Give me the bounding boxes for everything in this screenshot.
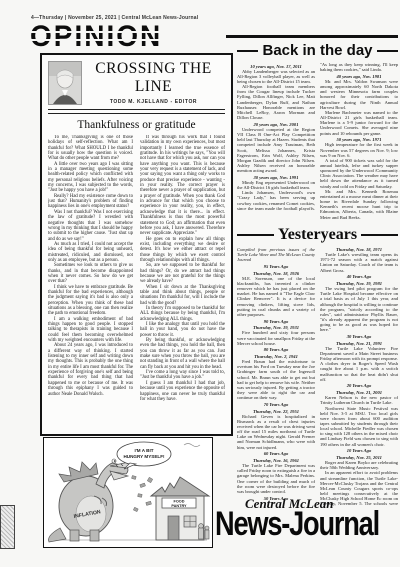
yesteryears-intro: Compiled from previous issues of the Tur… (237, 247, 315, 262)
era-paragraph: Northwest State Music Festival was held … (320, 406, 398, 447)
yesteryears-heading: Yesteryears (278, 226, 357, 244)
article-body: To me, Thanksgiving is one of those holi… (48, 135, 225, 428)
svg-text:I'M A BIT: I'M A BIT (134, 448, 153, 453)
era-header: 95 Years Ago (237, 264, 315, 269)
era-paragraph: Mindy Eng represented Underwood on the A… (237, 180, 315, 190)
svg-text:HUNGRY MYSELF!: HUNGRY MYSELF! (123, 454, 165, 459)
column-title-wrap: CROSSING THE LINE TODD M. KJELLAND - EDI… (82, 60, 225, 105)
article-paragraph: Really? Had my existence come down to ju… (48, 194, 133, 210)
inflation-dinosaur: INFLATION (48, 459, 129, 542)
article-paragraph: I am a walking embodiment of bad things … (48, 317, 133, 344)
debris-bits (132, 476, 153, 512)
article-paragraph: Was I not thankful? Was I not exercising… (48, 210, 133, 242)
era-header: 20 Years Ago (320, 383, 398, 388)
era-paragraph: A total of 900 tickets was sold for the … (320, 158, 398, 189)
article-paragraph: Sometimes we look to others to give us t… (48, 263, 133, 284)
back-in-the-day-heading: Back in the day (262, 42, 372, 59)
heading-rule (377, 50, 398, 52)
masthead-name: News-Journal (215, 505, 379, 544)
article-paragraph: As much as I tried, I could not accept t… (48, 242, 133, 263)
heading-rule (237, 50, 258, 52)
editor-photo (48, 61, 82, 105)
heading-rule (237, 234, 274, 236)
editorial-cartoon: INFLATION I'M A BIT HUNGRY MYSELF! FOOD … (43, 437, 213, 548)
era-paragraph: Roger and Karen Boyko are celebrating th… (320, 460, 398, 470)
era-header: 80 Years Ago (237, 347, 315, 352)
column-byline: TODD M. KJELLAND - EDITOR (82, 99, 225, 105)
article-paragraph: He goes on to explain how all things exi… (140, 237, 225, 264)
era-header: 10 Years Ago (320, 448, 398, 453)
article-paragraph: By being thankful, or acknowledging even… (140, 338, 225, 370)
svg-text:FOOD: FOOD (174, 500, 185, 504)
article-paragraph: So, are we supposed to be thankful for b… (140, 263, 225, 284)
column-title: CROSSING THE LINE (82, 60, 225, 96)
news-journal-masthead: Central McLean News-Journal (215, 496, 399, 560)
era-paragraph: Underwood competed at the Region VII Cla… (237, 127, 315, 173)
stencil-stripe (30, 31, 216, 33)
article-paragraph: I like the analogy that until you hold t… (140, 322, 225, 338)
era-header: 60 Years Ago (237, 451, 315, 456)
era-paragraph: Mr. and Mrs. Valdon Swanson were among a… (320, 79, 398, 110)
era-header: 90 Years Ago (237, 319, 315, 324)
article-paragraph: In theory I'm supposed to be thankful fo… (140, 306, 225, 322)
article-paragraph: I've come a long way since I was told to… (140, 370, 225, 381)
article-paragraph: To me, Thanksgiving is one of those holi… (48, 135, 133, 162)
article-paragraph: When I sit down at the Thanksgiving tabl… (140, 285, 225, 306)
article-paragraph: I guess I am thankful I had that job, be… (140, 381, 225, 402)
yesteryears-heading-row: Yesteryears (237, 226, 398, 244)
era-paragraph: M.E. Sorenson, one of the local blacksmi… (237, 276, 315, 317)
era-paragraph: Karen Nelson is the new pastor of Trinit… (320, 395, 398, 405)
era-header: 70 Years Ago (237, 402, 315, 407)
article-paragraph: A little over two years ago I was sittin… (48, 162, 133, 194)
era-paragraph: Mr. and Mrs. Kenneth Rosenau entertained… (320, 189, 398, 220)
era-header: 30 Years Ago (320, 334, 398, 339)
era-paragraph: The swing bed pilot program for the Turt… (320, 286, 398, 332)
era-paragraph: Richard Geven is hospitalized in Bismarc… (237, 414, 315, 450)
era-paragraph: High temperature for the first week in N… (320, 142, 398, 157)
era-paragraph: All-Region football team members from th… (237, 84, 315, 120)
masthead-rule (226, 35, 398, 38)
article-paragraph: About 24 years ago, I was introduced to … (48, 343, 133, 396)
opinion-title: OPINION (30, 22, 162, 51)
stencil-stripe (30, 39, 216, 41)
artist-signature (184, 444, 200, 447)
era-header: 40 Years Ago (320, 274, 398, 279)
era-paragraph: Five hundred and sixty four persons were… (237, 330, 315, 345)
back-in-the-day-columns: 10 years ago, Nov. 17, 2011 Abby Landenb… (237, 62, 398, 236)
era-paragraph: Marlene Bachmeier was named to the All-D… (320, 110, 398, 136)
article-headline: Thankfulness or gratitude (48, 119, 225, 131)
era-paragraph: The Turtle Lake Fire Department was call… (237, 463, 315, 494)
article-paragraph: I think we have to embrace gratitude. Be… (48, 285, 133, 317)
yesteryears-columns: Compiled from previous issues of the Tur… (237, 247, 398, 507)
back-in-the-day-heading-row: Back in the day (237, 42, 398, 59)
double-rule (48, 109, 225, 114)
column-header: CROSSING THE LINE TODD M. KJELLAND - EDI… (48, 60, 225, 105)
yesteryears-section: Yesteryears Compiled from previous issue… (237, 226, 398, 507)
era-paragraph: Fred Braun had the misfortune to overtur… (237, 359, 315, 400)
era-paragraph: Turtle Lake's wrestling team opens its 1… (320, 252, 398, 273)
cartoon-drawing: INFLATION I'M A BIT HUNGRY MYSELF! FOOD … (44, 438, 211, 546)
crossing-the-line-box: CROSSING THE LINE TODD M. KJELLAND - EDI… (40, 53, 233, 436)
back-in-the-day-section: Back in the day 10 years ago, Nov. 17, 2… (237, 42, 398, 236)
svg-text:PANTRY: PANTRY (171, 504, 187, 508)
era-paragraph: The Turtle Lake Volunteer Fire Departmen… (320, 346, 398, 382)
newspaper-page: { "dateline": "4—Thursday | November 25,… (0, 0, 400, 567)
page-edge-graphic (0, 505, 15, 549)
article-paragraph: It was through his work that I found val… (140, 135, 225, 237)
era-paragraph: Abby Landenberger was selected as an All… (237, 69, 315, 84)
heading-rule (361, 234, 398, 236)
